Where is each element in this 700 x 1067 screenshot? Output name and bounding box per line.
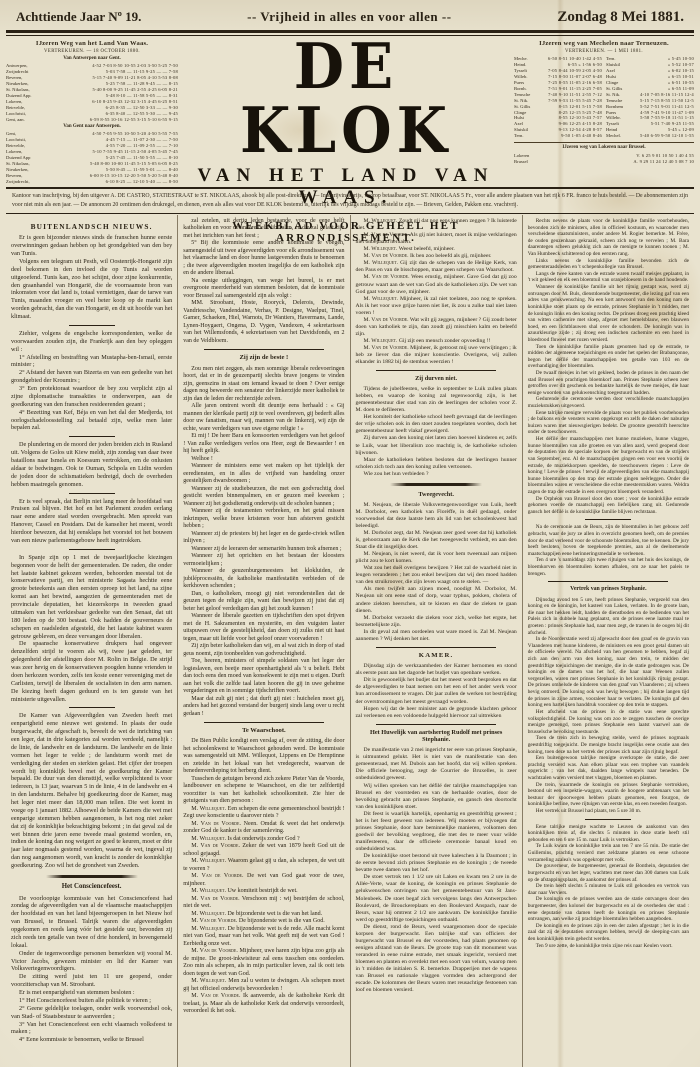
article-paragraph: In Spanje zijn op 1 mei de tweejaarlijks… xyxy=(11,554,172,641)
article-paragraph: De stoet vertrok ten 1 1/2 ure uit Laken… xyxy=(356,874,517,923)
article-subheading: Vertrek van prinses Stephanie. xyxy=(536,586,681,593)
dialogue-paragraph: M. Van de Voorde. Zeker de wet van 1879 … xyxy=(183,843,344,858)
article-paragraph: De voorloopige kommissie van het Conscie… xyxy=(11,895,172,950)
body-column-3: M. Willequet. Zoudt gij dat nog eens kun… xyxy=(350,215,522,1067)
article-paragraph: De trein, waarmede de koningin en prinse… xyxy=(528,782,689,808)
dialogue-paragraph: M. Willequet. Een schepen die eene gemee… xyxy=(183,806,344,821)
section-heading: KAMER. xyxy=(356,652,517,660)
timetable-title: IJzeren Weg van het Land Van Waas. xyxy=(6,40,178,49)
article-subheading: Zij zijn de beste ! xyxy=(191,354,336,362)
dialogue-speaker: M. Van de Voorde. xyxy=(191,918,237,924)
departure-times: 9-50 1-05 4-40 8-46 xyxy=(548,133,602,139)
dialogue-speaker: M. Willequet. xyxy=(191,836,226,842)
dialogue-speaker: M. Van de Voorde. xyxy=(191,993,240,999)
section-heading: BUITENLANDSCH NIEUWS. xyxy=(11,222,172,231)
ornamental-divider xyxy=(46,875,138,878)
timetable-subtable-rows: LokerenV. 6 25 9 01 10 50 1 40 4 55Bruss… xyxy=(514,153,694,165)
timetable-subtitle: VERTREKUREN. — 18 OCTOBER 1880. xyxy=(6,49,178,55)
dialogue-paragraph: M. Van de Voorde. Mijnheer, ik getroost … xyxy=(356,345,517,366)
article-paragraph: In de Noorderstatie werd zij afgewacht d… xyxy=(528,636,689,709)
timetable-row: BrusselA. 9 29 11 24 12 40 5 08 7 10 xyxy=(514,159,694,165)
dialogue-speaker: M. Willequet. xyxy=(364,218,398,224)
dialogue-paragraph: M. Willequet. Mijnheer, ik zal niet toel… xyxy=(356,296,517,317)
article-columns: BUITENLANDSCH NIEUWS.Er is geen bijzonde… xyxy=(0,215,700,1067)
dialogue-speaker: M. Van de Voorde. xyxy=(191,843,240,849)
masthead-center: DE KLOK VAN HET LAND VAN WAAS. WEEKBLAD … xyxy=(178,38,514,186)
article-subheading: Het Consciencefeest. xyxy=(19,883,164,892)
article-paragraph: Wanneer de liberale gazetten en tijdschr… xyxy=(183,613,344,643)
article-subheading: Zij durven niet. xyxy=(364,375,509,383)
dialogue-paragraph: M. Willequet. De bijzonderste wet is die… xyxy=(183,911,344,919)
timetable-row: Tern.9-50 1-05 4-40 8-46 xyxy=(514,133,602,139)
dialogue-paragraph: M. Van de Voorde. Ik aanveerde, als de k… xyxy=(183,993,344,1016)
article-paragraph: Eene talrijke menigte vervulde de plaats… xyxy=(528,410,689,436)
article-paragraph: De gouverneur, de burgemeester, generaal… xyxy=(528,863,689,883)
article-paragraph: Zij zijn beter katholieken dan wij, en a… xyxy=(183,643,344,658)
dialogue-speaker: M. Van de Voorde. xyxy=(191,948,238,954)
issue-date: Zondag 8 Mei 1881. xyxy=(557,9,684,26)
article-paragraph: De koningin en de prinses werden aan de … xyxy=(528,896,689,922)
article-paragraph: Het défilé der maatschappijen met hunne … xyxy=(528,436,689,495)
dialogue-paragraph: M. Van de Voorde. Wat wilt gij zeggen, m… xyxy=(356,317,517,338)
article-paragraph: Volgens een telegram uit Pesth, wil Oost… xyxy=(11,258,172,321)
article-paragraph: De spaansche konservatieve drukpers had … xyxy=(11,640,172,703)
timetable-land-van-waas: IJzeren Weg van het Land Van Waas. VERTR… xyxy=(6,38,178,186)
timetable-outbound: Meche.6-50 8-51 10-40 1-42 4-55Heind.6-5… xyxy=(514,56,602,140)
article-paragraph: Ten 4 ure 's namiddags zijn twee rijtuig… xyxy=(528,557,689,577)
article-paragraph: Wanneer zij de testamenten verbreken, en… xyxy=(183,508,344,531)
timetable-sections: Van Antwerpen naar Gent.Antwerpen,4-52 7… xyxy=(6,56,178,186)
article-paragraph: Zou men niet zeggen, als men sommige lib… xyxy=(183,366,344,404)
article-paragraph: zal zetelen, uit dertig leden bestaande,… xyxy=(183,218,344,241)
long-divider-rule xyxy=(204,349,324,350)
dialogue-paragraph: M. Willequet. Gij zijt een mensch zonder… xyxy=(356,338,517,345)
long-divider-rule xyxy=(548,581,668,582)
article-paragraph: MM. Stroobant, Hoste, Rooryck, Delerois,… xyxy=(183,300,344,345)
article-paragraph: Wanneer zij de leeraren der semenariën h… xyxy=(183,546,344,554)
article-paragraph: Tijdens de jubelfeesten, welke in septem… xyxy=(356,386,517,414)
article-paragraph: Dijnsdag avond ten 5 ure, heeft prinses … xyxy=(528,597,689,637)
article-paragraph: Maar dat zult gij niet ; dat durft gij n… xyxy=(183,696,344,719)
dialogue-paragraph: M. Willequet. Uw komiteit bestrijdt de w… xyxy=(183,888,344,896)
dialogue-paragraph: M. Willequet. Waarom gelast gij u dan, a… xyxy=(183,858,344,873)
article-paragraph: Toe, heeren, ministers of simpele soldat… xyxy=(183,658,344,696)
dialogue-speaker: M. Willequet. xyxy=(364,296,398,302)
dialogue-speaker: M. Van de Voorde. xyxy=(364,345,409,351)
short-divider-rule xyxy=(69,493,115,494)
timetable-section-label: Van Antwerpen naar Gent. xyxy=(6,56,178,63)
long-divider-rule xyxy=(376,370,496,371)
dialogue-speaker: M. Van de Voorde. xyxy=(364,253,409,259)
article-paragraph: Te Luik kwam de koninklijke trein aan te… xyxy=(528,843,689,863)
article-paragraph: Wanneer zij de priesters bij het leger e… xyxy=(183,531,344,546)
article-paragraph: De Orphéon van Brussel sloot den stoet ;… xyxy=(528,496,689,516)
article-paragraph: 4° Bezetting van Kef, Béja en van het da… xyxy=(11,409,172,433)
dialogue-speaker: M. Van de Voorde. xyxy=(364,317,409,323)
article-paragraph: De twaalf meisjes in het wit gekleed, bo… xyxy=(528,370,689,396)
station-name: Tern. xyxy=(514,133,548,139)
article-paragraph: Het afscheid van de prinses in de statie… xyxy=(528,709,689,735)
article-paragraph: Welhoe ! xyxy=(183,456,344,464)
ornamental-divider xyxy=(390,483,482,486)
article-paragraph: Eene talrijke menigte wachtte te Leuven … xyxy=(528,824,689,844)
dialogue-speaker: M. Willequet. xyxy=(191,911,226,917)
article-paragraph: Ziehier, volgens de engelsche korrespond… xyxy=(11,330,172,354)
article-paragraph: 4° Eene kommissie te benoemen, welke te … xyxy=(11,1036,172,1044)
article-paragraph: M. Neujean, de liberale Volksvertegenwoo… xyxy=(356,502,517,530)
timetable-section-label: Van Gent naar Antwerpen. xyxy=(6,124,178,131)
dialogue-speaker: M. Willequet. xyxy=(364,246,398,252)
article-paragraph: Na de ceremonie aan de Beurs, zijn de bl… xyxy=(528,524,689,557)
timetable-row: Gent, aan.6-59 8-55 10-16 12-55 3-15 5-1… xyxy=(6,117,178,123)
article-paragraph: In dit geval zal men oordeelen wat ware … xyxy=(356,629,517,643)
dialogue-paragraph: M. Willequet. Men zal u weten te dwingen… xyxy=(183,978,344,993)
article-paragraph: De plundering en de moord der joden brei… xyxy=(11,441,172,488)
station-name: Antwerpen a. xyxy=(6,185,40,186)
masthead: IJzeren Weg van het Land Van Waas. VERTR… xyxy=(0,36,700,186)
long-divider-rule xyxy=(376,647,496,648)
article-paragraph: Toen de trein zich in beweging stelde, w… xyxy=(528,735,689,755)
article-paragraph: 2° Afstand der haven van Bizerta en van … xyxy=(11,369,172,385)
article-paragraph: 3° Van het Consciencefeest een echt vlaa… xyxy=(11,1021,172,1037)
timetable-row: Antwerpen a.6-28 8-45 10-40 12-50 5-40 5… xyxy=(6,185,178,186)
dialogue-speaker: M. Van de Voorde. xyxy=(364,232,409,238)
departure-times: 6-28 8-45 10-40 12-50 5-40 5-48 6-40 9-1… xyxy=(40,185,178,186)
article-paragraph: Wanneer de geuzenburgemeesters het klokl… xyxy=(183,568,344,591)
dialogue-speaker: M. Van de Voorde. xyxy=(364,274,410,280)
dialogue-paragraph: M. Willequet. Gij zijt dan de schepen va… xyxy=(356,260,517,274)
timetable-subtitle: VERTREKUREN. — 1 MEI 1881. xyxy=(514,49,694,55)
article-paragraph: 3° Een protektoraat waardoor de bey zou … xyxy=(11,385,172,409)
article-paragraph: Als men twijfelt aan zijnen moed, noodig… xyxy=(356,586,517,614)
dialogue-speaker: M. Willequet. xyxy=(364,260,399,266)
article-paragraph: Zij durven aan den koning niet laten zie… xyxy=(356,435,517,456)
article-paragraph: Rechts nevens de plaats voor de koninkli… xyxy=(528,218,689,258)
article-paragraph: M. Neujean, is niet weerd, dat ik voor h… xyxy=(356,551,517,565)
departure-times: 5-40 6-59 9-50 12-10 1-55 xyxy=(640,133,694,139)
article-paragraph: Toen de koninklijke familie plaats genom… xyxy=(528,344,689,370)
article-paragraph: De dienst, rond de Beurs, werd waargenom… xyxy=(356,924,517,995)
article-paragraph: Er is veel spraak, dat Berlijn niet lang… xyxy=(11,498,172,545)
departure-times: A. 9 29 11 24 12 40 5 08 7 10 xyxy=(548,159,694,165)
dialogue-speaker: M. Van de Voorde. xyxy=(191,873,243,879)
article-paragraph: Wanneer de ministers eene wet maken op h… xyxy=(183,463,344,486)
dialogue-paragraph: M. Willequet. De bijzonderste wet is de … xyxy=(183,926,344,949)
article-paragraph: Alle jaren omtrent wordt dit deuntje een… xyxy=(183,403,344,433)
article-paragraph: Maar de katholieken hebben besloten dat … xyxy=(356,457,517,471)
short-divider-rule xyxy=(585,519,631,520)
article-paragraph: Links nevens de koninklijke familie bevo… xyxy=(528,258,689,271)
body-column-2: zal zetelen, uit dertig leden bestaande,… xyxy=(177,215,349,1067)
dialogue-speaker: M. Willequet. xyxy=(191,978,226,984)
body-column-1: BUITENLANDSCH NIEUWS.Er is geen bijzonde… xyxy=(6,215,177,1067)
dialogue-paragraph: M. Van de Voorde. Wees ernstig, mijnheer… xyxy=(356,274,517,295)
article-paragraph: 2° Geene geldelijke toelagen, onder welk… xyxy=(11,1005,172,1021)
article-paragraph: Ten 9 ure zette, de koninklijke trein zi… xyxy=(528,943,689,950)
article-paragraph: Hopen wij dat de heer minister aan de ge… xyxy=(356,706,517,720)
article-paragraph: Wie zou het hun verbieden ? xyxy=(356,471,517,478)
body-column-4: Rechts nevens de plaats voor de koninkli… xyxy=(522,215,694,1067)
dialogue-speaker: M. Willequet. xyxy=(191,858,226,864)
article-paragraph: M. Dorbolot zegt, dat M. Neujean zeer go… xyxy=(356,530,517,551)
article-paragraph: 1° Afstelling en bestraffing van Mustaph… xyxy=(11,354,172,370)
timetable-lokeren-brussel: IJzeren weg van Lokeren naar Brussel. Lo… xyxy=(514,142,694,164)
article-paragraph: Onder de tegenwoordige personen bemerkte… xyxy=(11,950,172,974)
notice-rule xyxy=(6,213,694,214)
timetable-return: Tern.» 5-45 10-50Sluiskil» 5-52 10-57Axe… xyxy=(606,56,694,140)
article-paragraph: Wat zou het duël overigens bewijzen ? He… xyxy=(356,565,517,586)
dialogue-speaker: M. Van de Voorde. xyxy=(191,821,241,827)
dialogue-speaker: M. Van de Voorde. xyxy=(191,896,239,902)
dialogue-speaker: M. Willequet. xyxy=(191,888,226,894)
dialogue-paragraph: M. Van de Voorde. De bijzonderste wet is… xyxy=(183,918,344,926)
motto: -- Vrijheid in alles en voor allen -- xyxy=(247,9,451,25)
article-paragraph: Er is geen bijzonder nieuws sinds de fra… xyxy=(11,234,172,258)
article-paragraph: Wanneer de koninklijke familie uit het r… xyxy=(528,284,689,343)
newspaper-page: Achttiende Jaar Nº 19. -- Vrijheid in al… xyxy=(0,0,700,1067)
article-paragraph: De koninklijke stoet bestond uit twee ka… xyxy=(356,853,517,874)
dialogue-paragraph: M. Van de Voorde. De wet van God gaat vo… xyxy=(183,873,344,888)
article-paragraph: Dan, o katholieken, moogt gij niet veron… xyxy=(183,591,344,614)
article-paragraph: Het komiteit der katholieke school heeft… xyxy=(356,414,517,435)
dialogue-paragraph: M. Van de Voorde. Als gij niet luistert,… xyxy=(356,232,517,246)
article-paragraph: Langs de twee kanten van de estrade ware… xyxy=(528,271,689,284)
article-paragraph: Tusschen de getuigen bevond zich zekere … xyxy=(183,776,344,806)
short-divider-rule xyxy=(585,819,631,820)
dialogue-paragraph: M. Van de Voorde. Mijnheer, uwe haren zi… xyxy=(183,948,344,978)
timetable-subtable-title: IJzeren weg van Lokeren naar Brussel. xyxy=(514,145,694,152)
article-paragraph: De Bien Public kondigt een verslag af, o… xyxy=(183,738,344,776)
article-paragraph: De zitting werd juist ten 11 ure geopend… xyxy=(11,973,172,989)
short-divider-rule xyxy=(69,707,115,708)
timetable-mechelen-terneuzen: IJzeren weg van Mechelen naar Terneuzen.… xyxy=(514,38,694,186)
article-paragraph: 1° Het Consciencefeest buiten alle polit… xyxy=(11,997,172,1005)
article-paragraph: Een buitengewoon talrijke menigte overkr… xyxy=(528,755,689,781)
short-divider-rule xyxy=(69,436,115,437)
article-subheading: Het Huwelijk van aartshertog Rudolf met … xyxy=(364,729,509,745)
timetable-columns: Meche.6-50 8-51 10-40 1-42 4-55Heind.6-5… xyxy=(514,56,694,140)
dialogue-paragraph: M. Van de Voorde. Neen. Omdat ik weet da… xyxy=(183,821,344,836)
article-subheading: Tweegevecht. xyxy=(364,491,509,499)
timetable-row: Mechel.5-40 6-59 9-50 12-10 1-55 xyxy=(606,133,694,139)
article-subheading: Te Waarschoot. xyxy=(191,727,336,735)
dialogue-paragraph: M. Van de Voorde. Verschoon mij : wij be… xyxy=(183,896,344,911)
station-name: Mechel. xyxy=(606,133,640,139)
article-paragraph: De manifestatie van 2 mei ingericht ter … xyxy=(356,747,517,782)
article-paragraph: Wanneer zij het oprichten en het bestaan… xyxy=(183,553,344,568)
article-paragraph: Dijnsdag zijn de werkzaamheden der Kamer… xyxy=(356,663,517,677)
edition-number: Achttiende Jaar Nº 19. xyxy=(16,9,141,25)
article-paragraph: M. Dorbolot verzoekt die zieken voor zic… xyxy=(356,615,517,629)
short-divider-rule xyxy=(69,325,115,326)
long-divider-rule xyxy=(204,722,324,723)
article-paragraph: De koningin en de prinses zijn in een de… xyxy=(528,923,689,943)
timetable-title: IJzeren weg van Mechelen naar Terneuzen. xyxy=(514,40,694,49)
station-name: Brussel xyxy=(514,159,548,165)
long-divider-rule xyxy=(376,724,496,725)
dialogue-paragraph: M. Willequet. Zoudt gij dat nog eens kun… xyxy=(356,218,517,232)
article-paragraph: Gedurende die ceremonie werden door vers… xyxy=(528,396,689,409)
article-paragraph: Dit is gewoonelijk het budjet dat het me… xyxy=(356,677,517,705)
article-paragraph: De Kamer van Afgeveerdigden van Zweden h… xyxy=(11,712,172,870)
article-paragraph: Er is met eenparigheid van stemmen beslo… xyxy=(11,989,172,997)
short-divider-rule xyxy=(69,549,115,550)
departure-times: 6-59 8-55 10-16 12-55 3-15 5-10 6-55 9-1… xyxy=(40,117,178,123)
newspaper-title: DE KLOK xyxy=(178,35,514,163)
dialogue-paragraph: M. Van de Voorde. Ik ben zoo beleefd als… xyxy=(356,253,517,260)
dateline: Achttiende Jaar Nº 19. -- Vrijheid in al… xyxy=(0,0,700,29)
subscription-notice: Kantoor van inschrijving, bij den uitgev… xyxy=(0,190,700,212)
article-paragraph: Ei mij ! De heer Bara en konsoorten verd… xyxy=(183,433,344,456)
article-paragraph: Wij willen spreken van het défilé der ta… xyxy=(356,783,517,811)
article-paragraph: De trein heeft slechts 5 minuten te Luik… xyxy=(528,883,689,896)
article-paragraph: Dit feest is waarlijk hartelijk, openhar… xyxy=(356,811,517,853)
article-paragraph: Wanneer zij de studiebeurzen, die met ee… xyxy=(183,486,344,509)
dialogue-speaker: M. Willequet. xyxy=(191,806,226,812)
article-paragraph: Het vertrek uit Brussel had plaats, ten … xyxy=(528,808,689,815)
article-paragraph: Na eenige uitleggingen, van wege het bur… xyxy=(183,278,344,301)
station-name: Gent, aan. xyxy=(6,117,40,123)
article-paragraph: 5° Bij die kommissie eene andere kommiss… xyxy=(183,240,344,278)
dialogue-speaker: M. Willequet. xyxy=(364,338,398,344)
dialogue-speaker: M. Willequet. xyxy=(191,926,226,932)
